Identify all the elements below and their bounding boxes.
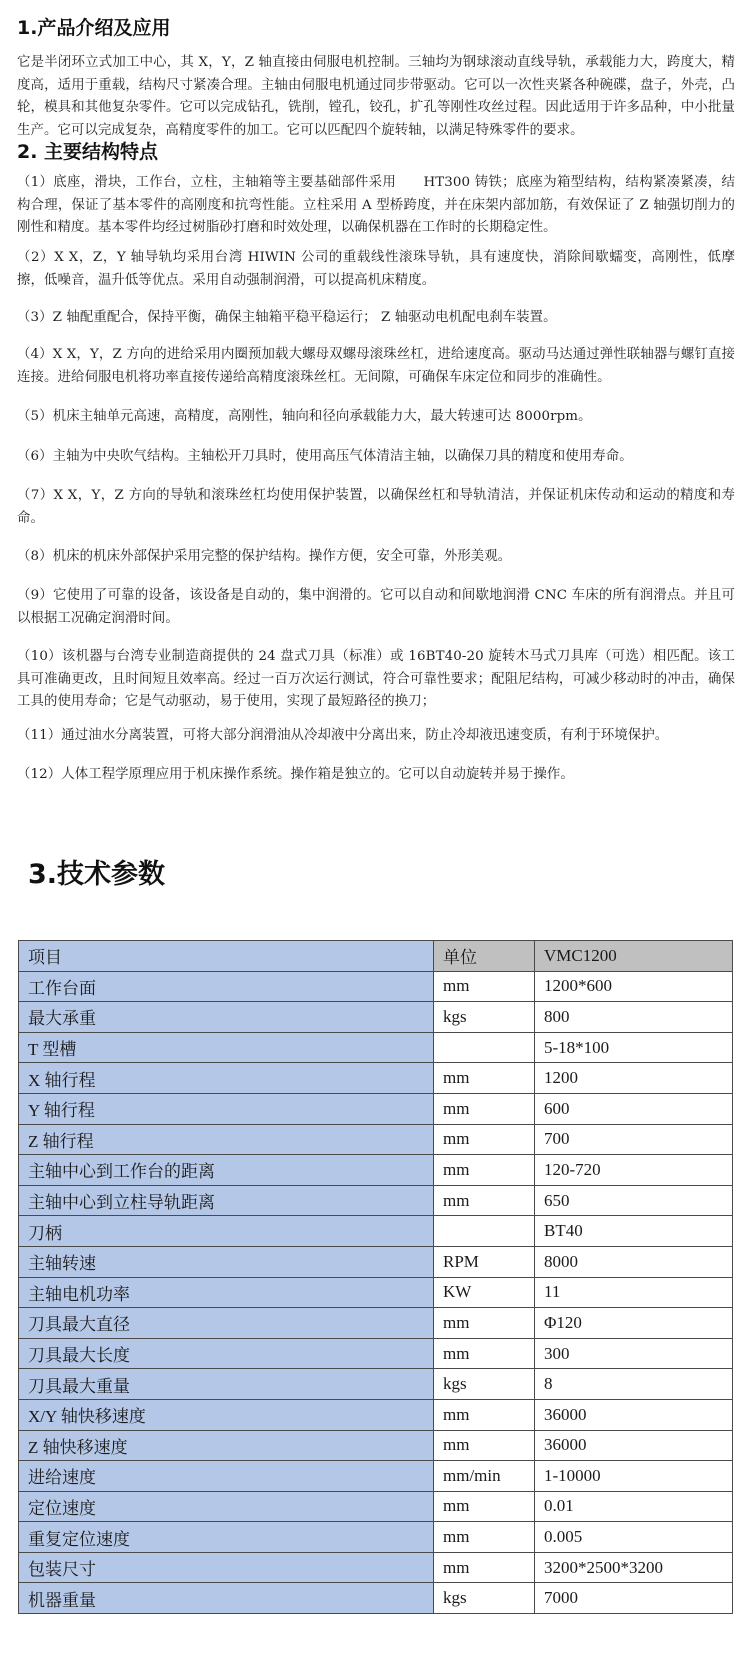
table-row: X/Y 轴快移速度mm36000 <box>19 1399 733 1430</box>
cell-item: 主轴转速 <box>19 1246 434 1277</box>
cell-unit: kgs <box>434 1002 535 1033</box>
table-row: 重复定位速度mm0.005 <box>19 1522 733 1553</box>
cell-unit: mm <box>434 1063 535 1094</box>
table-row: 刀柄BT40 <box>19 1216 733 1247</box>
table-row: 最大承重kgs800 <box>19 1002 733 1033</box>
cell-value: BT40 <box>535 1216 733 1247</box>
cell-unit: mm <box>434 1185 535 1216</box>
cell-item: 工作台面 <box>19 971 434 1002</box>
cell-unit: mm <box>434 1124 535 1155</box>
table-row: 主轴电机功率KW11 <box>19 1277 733 1308</box>
cell-item: Y 轴行程 <box>19 1093 434 1124</box>
cell-value: 11 <box>535 1277 733 1308</box>
table-row: Z 轴行程mm700 <box>19 1124 733 1155</box>
feature-item-12: （12）人体工程学原理应用于机床操作系统。操作箱是独立的。它可以自动旋转并易于操… <box>17 764 735 787</box>
cell-item: 刀具最大长度 <box>19 1338 434 1369</box>
table-row: 主轴中心到立柱导轨距离mm650 <box>19 1185 733 1216</box>
table-row: X 轴行程mm1200 <box>19 1063 733 1094</box>
cell-value: 1-10000 <box>535 1461 733 1492</box>
cell-item: 定位速度 <box>19 1491 434 1522</box>
cell-unit <box>434 1216 535 1247</box>
cell-item: 主轴中心到工作台的距离 <box>19 1155 434 1186</box>
header-model: VMC1200 <box>535 941 733 972</box>
table-row: Z 轴快移速度mm36000 <box>19 1430 733 1461</box>
cell-unit: mm <box>434 971 535 1002</box>
feature-item-6: （6）主轴为中央吹气结构。主轴松开刀具时，使用高压气体清洁主轴，以确保刀具的精度… <box>17 446 735 469</box>
cell-unit: mm <box>434 1155 535 1186</box>
cell-item: 包装尺寸 <box>19 1552 434 1583</box>
cell-unit: mm <box>434 1308 535 1339</box>
cell-item: 主轴中心到立柱导轨距离 <box>19 1185 434 1216</box>
cell-value: Φ120 <box>535 1308 733 1339</box>
cell-unit: mm <box>434 1399 535 1430</box>
cell-value: 0.005 <box>535 1522 733 1553</box>
feature-item-9: （9）它使用了可靠的设备，该设备是自动的，集中润滑的。它可以自动和间歇地润滑 C… <box>17 585 735 630</box>
cell-unit: mm <box>434 1430 535 1461</box>
cell-value: 300 <box>535 1338 733 1369</box>
feature-item-11: （11）通过油水分离装置，可将大部分润滑油从冷却液中分离出来，防止冷却液迅速变质… <box>17 725 735 748</box>
table-row: 包装尺寸mm3200*2500*3200 <box>19 1552 733 1583</box>
table-row: 工作台面mm1200*600 <box>19 971 733 1002</box>
table-row: 定位速度mm0.01 <box>19 1491 733 1522</box>
cell-value: 650 <box>535 1185 733 1216</box>
cell-unit: RPM <box>434 1246 535 1277</box>
cell-item: 机器重量 <box>19 1583 434 1614</box>
cell-item: Z 轴快移速度 <box>19 1430 434 1461</box>
cell-value: 800 <box>535 1002 733 1033</box>
cell-value: 36000 <box>535 1399 733 1430</box>
section-3-heading: 3.技术参数 <box>28 858 165 892</box>
cell-item: Z 轴行程 <box>19 1124 434 1155</box>
cell-value: 7000 <box>535 1583 733 1614</box>
table-row: 主轴中心到工作台的距离mm120-720 <box>19 1155 733 1186</box>
table-row: 刀具最大重量kgs8 <box>19 1369 733 1400</box>
cell-unit: kgs <box>434 1583 535 1614</box>
feature-item-2: （2）X X，Z，Y 轴导轨均采用台湾 HIWIN 公司的重载线性滚珠导轨，具有… <box>17 247 735 292</box>
cell-item: 重复定位速度 <box>19 1522 434 1553</box>
cell-value: 8000 <box>535 1246 733 1277</box>
cell-item: X/Y 轴快移速度 <box>19 1399 434 1430</box>
cell-unit: kgs <box>434 1369 535 1400</box>
table-row: 主轴转速RPM8000 <box>19 1246 733 1277</box>
section-2-heading: 2. 主要结构特点 <box>17 140 158 164</box>
table-row: Y 轴行程mm600 <box>19 1093 733 1124</box>
cell-value: 700 <box>535 1124 733 1155</box>
cell-value: 8 <box>535 1369 733 1400</box>
cell-value: 0.01 <box>535 1491 733 1522</box>
cell-value: 600 <box>535 1093 733 1124</box>
cell-unit: mm <box>434 1522 535 1553</box>
feature-item-10: （10）该机器与台湾专业制造商提供的 24 盘式刀具（标准）或 16BT40-2… <box>17 646 735 714</box>
table-row: T 型槽5-18*100 <box>19 1032 733 1063</box>
cell-item: 主轴电机功率 <box>19 1277 434 1308</box>
table-header-row: 项目 单位 VMC1200 <box>19 941 733 972</box>
cell-unit: mm <box>434 1093 535 1124</box>
intro-paragraph: 它是半闭环立式加工中心，其 X，Y，Z 轴直接由伺服电机控制。三轴均为钢球滚动直… <box>17 52 735 142</box>
spec-table: 项目 单位 VMC1200 工作台面mm1200*600最大承重kgs800T … <box>18 940 733 1614</box>
cell-value: 5-18*100 <box>535 1032 733 1063</box>
cell-item: X 轴行程 <box>19 1063 434 1094</box>
header-item: 项目 <box>19 941 434 972</box>
cell-item: 进给速度 <box>19 1461 434 1492</box>
table-row: 机器重量kgs7000 <box>19 1583 733 1614</box>
cell-unit: KW <box>434 1277 535 1308</box>
feature-item-1: （1）底座，滑块，工作台，立柱，主轴箱等主要基础部件采用 HT300 铸铁；底座… <box>17 172 735 240</box>
header-unit: 单位 <box>434 941 535 972</box>
cell-item: 刀柄 <box>19 1216 434 1247</box>
table-row: 进给速度mm/min1-10000 <box>19 1461 733 1492</box>
cell-item: 刀具最大直径 <box>19 1308 434 1339</box>
section-1-heading: 1.产品介绍及应用 <box>17 16 170 40</box>
cell-item: 刀具最大重量 <box>19 1369 434 1400</box>
cell-value: 1200 <box>535 1063 733 1094</box>
cell-value: 120-720 <box>535 1155 733 1186</box>
cell-unit: mm <box>434 1338 535 1369</box>
cell-unit: mm/min <box>434 1461 535 1492</box>
cell-unit: mm <box>434 1552 535 1583</box>
table-row: 刀具最大长度mm300 <box>19 1338 733 1369</box>
cell-item: T 型槽 <box>19 1032 434 1063</box>
cell-unit: mm <box>434 1491 535 1522</box>
feature-item-4: （4）X X，Y，Z 方向的进给采用内圈预加载大螺母双螺母滚珠丝杠，进给速度高。… <box>17 344 735 389</box>
table-row: 刀具最大直径mmΦ120 <box>19 1308 733 1339</box>
cell-value: 36000 <box>535 1430 733 1461</box>
feature-item-5: （5）机床主轴单元高速，高精度，高刚性，轴向和径向承载能力大，最大转速可达 80… <box>17 406 735 429</box>
feature-item-8: （8）机床的机床外部保护采用完整的保护结构。操作方便，安全可靠，外形美观。 <box>17 546 735 569</box>
feature-item-3: （3）Z 轴配重配合，保持平衡，确保主轴箱平稳平稳运行； Z 轴驱动电机配电刹车… <box>17 307 735 330</box>
cell-item: 最大承重 <box>19 1002 434 1033</box>
feature-item-7: （7）X X，Y，Z 方向的导轨和滚珠丝杠均使用保护装置，以确保丝杠和导轨清洁，… <box>17 485 735 530</box>
cell-value: 3200*2500*3200 <box>535 1552 733 1583</box>
cell-unit <box>434 1032 535 1063</box>
cell-value: 1200*600 <box>535 971 733 1002</box>
